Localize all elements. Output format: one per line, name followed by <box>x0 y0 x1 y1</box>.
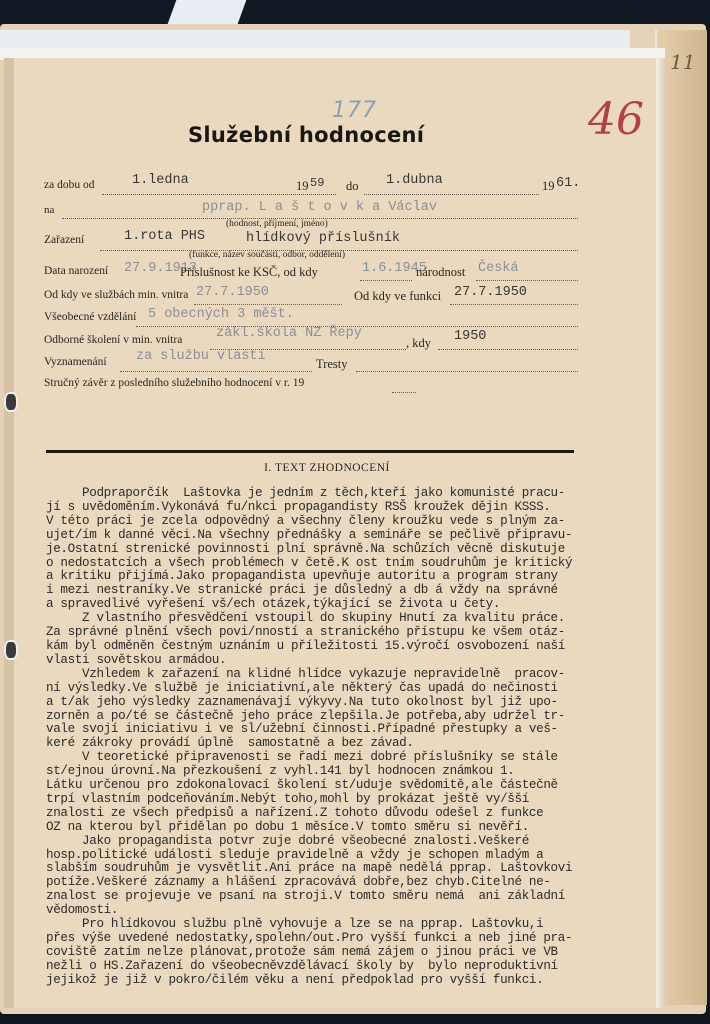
dotted-line <box>364 193 539 195</box>
text-line: Za správné plnění všech povi/nností a st… <box>46 626 636 640</box>
text-line: potíže.Veškeré záznamy a hlášení zpracov… <box>46 876 636 890</box>
text-line: znalosti ze všech předpisů a nařízení.Z … <box>46 807 636 821</box>
text-line: kám byl odměněn čestným uznáním u přílež… <box>46 640 636 654</box>
dotted-line <box>450 303 578 305</box>
text-line: vlasti sovětskou armádou. <box>46 654 636 668</box>
dotted-line <box>356 370 578 372</box>
assignment-hint: (funkce, název součásti, odbor, oddělení… <box>189 250 345 260</box>
training-value: zákl.škola NZ Řepy <box>216 326 362 341</box>
handwritten-page-number: 46 <box>588 94 644 145</box>
training-when-value: 1950 <box>454 329 486 344</box>
folder-handwritten-mark: 11 <box>670 50 695 74</box>
education-label: Všeobecné vzdělání <box>44 311 136 323</box>
text-line: o nedostatcích a všech problémech v četě… <box>46 557 636 571</box>
name-value: pprap. L a š t o v k a Václav <box>202 200 437 215</box>
text-line: znalost se projevuje ve psaní na stroji.… <box>46 890 636 904</box>
text-line: Z vlastního přesvědčení vstoupil do skup… <box>46 612 636 626</box>
awards-value: za službu vlasti <box>136 349 266 364</box>
text-line: nežli o HS.Zařazení do všeobecněvzděláva… <box>46 960 636 974</box>
text-line: Vzhledem k zařazení na klidné hlídce vyk… <box>46 668 636 682</box>
text-line: přes výše uvedené nedostatky,spolehn/out… <box>46 932 636 946</box>
text-line: je.Ostatní strenické povinnosti plní spr… <box>46 543 636 557</box>
birth-label: Data narození <box>44 265 108 277</box>
assignment-label: Zařazení <box>44 234 84 246</box>
year-to-value: 61. <box>556 176 580 191</box>
text-line: a kritiku přijímá.Jako propagandista upe… <box>46 570 636 584</box>
text-line: V této práci je zcela odpovědný a všechn… <box>46 515 636 529</box>
text-line: slabším soudruhům je vysvětlit.Ani práce… <box>46 862 636 876</box>
service-since-label: Od kdy ve službách min. vnitra <box>44 289 188 301</box>
party-label: Příslušnost ke KSČ, od kdy <box>180 265 318 280</box>
text-line: jejikož je již v pokro/čilém věku a není… <box>46 974 636 988</box>
text-line: jí s uvědoměním.Vykonává fu/nkci propaga… <box>46 501 636 515</box>
year-prefix: 19 <box>296 179 309 194</box>
text-line: trpí vlastním podceňováním.Nebýt toho,mo… <box>46 793 636 807</box>
period-label: za dobu od <box>44 179 94 191</box>
service-since-value: 27.7.1950 <box>196 285 269 300</box>
penalties-label: Tresty <box>316 357 348 372</box>
text-line: i mezi nestraníky.Ve stranické práci je … <box>46 584 636 598</box>
function-since-value: 27.7.1950 <box>454 285 527 300</box>
training-when-label: , kdy <box>406 336 431 351</box>
dotted-line <box>438 348 578 350</box>
section-title: I. TEXT ZHODNOCENÍ <box>0 462 654 474</box>
nationality-value: Česká <box>478 261 519 276</box>
text-line: Pro hlídkovou službu plně vyhovuje a lze… <box>46 918 636 932</box>
period-to-value: 1.dubna <box>386 173 443 188</box>
text-line: a t/ak jeho výsledky zaznamenávají výkyv… <box>46 696 636 710</box>
text-line: coviště zatím nelze plánovat,protože sám… <box>46 946 636 960</box>
text-line: V teoretické připravenosti se řadí mezi … <box>46 751 636 765</box>
assignment-role-value: hlídkový příslušník <box>246 231 400 246</box>
text-line: vědomosti. <box>46 904 636 918</box>
dotted-line <box>194 303 342 305</box>
evaluation-text: Podpraporčík Laštovka je jedním z těch,k… <box>46 487 636 988</box>
text-line: zorněn a po/té se částečně jeho práce zl… <box>46 710 636 724</box>
text-line: ujet/ím k danné věci.Na všechny přednášk… <box>46 529 636 543</box>
dotted-line <box>360 279 412 281</box>
text-line: ní výsledky.Ve službě je iniciativní,ale… <box>46 682 636 696</box>
function-since-label: Od kdy ve funkci <box>354 289 441 304</box>
dotted-line <box>476 279 578 281</box>
education-value: 5 obecných 3 měšt. <box>148 307 294 322</box>
text-line: st/ejnou úrovní.Na přezkoušení z vyhl.14… <box>46 765 636 779</box>
year-prefix: 19 <box>542 179 555 194</box>
text-line: vale svojí iniciativu i ve sl/užební čin… <box>46 723 636 737</box>
training-label: Odborné školení v min. vnitra <box>44 334 182 346</box>
period-to-label: do <box>346 179 359 194</box>
assignment-unit-value: 1.rota PHS <box>124 229 205 244</box>
awards-label: Vyznamenání <box>44 356 107 368</box>
punch-hole <box>4 392 18 412</box>
last-eval-label: Stručný závěr z posledního služebního ho… <box>44 377 304 389</box>
document-title: Služební hodnocení <box>188 123 424 147</box>
period-from-value: 1.ledna <box>132 173 189 188</box>
page-edge <box>656 58 666 1008</box>
na-label: na <box>44 204 54 216</box>
dotted-line <box>392 391 416 393</box>
text-line: Jako propagandista potvr zuje dobré všeo… <box>46 835 636 849</box>
year-from-value: 59 <box>310 176 324 190</box>
text-line: Podpraporčík Laštovka je jedním z těch,k… <box>46 487 636 501</box>
name-hint: (hodnost, příjmení, jméno) <box>226 219 328 229</box>
text-line: a spravedlivé vyřešení vš/ech otázek,týk… <box>46 598 636 612</box>
text-line: keré zákroky provádí úplně samostatně a … <box>46 737 636 751</box>
text-line: Látku určenou pro zdokonalovací školení … <box>46 779 636 793</box>
dotted-line <box>120 370 312 372</box>
paper-scrap <box>168 0 247 24</box>
folio-number: 177 <box>332 98 377 123</box>
text-line: hosp.politické události sleduje pravidel… <box>46 849 636 863</box>
nationality-label: národnost <box>416 265 465 280</box>
section-divider <box>46 450 574 453</box>
punch-hole <box>4 640 18 660</box>
text-line: OZ na kterou byl přidělan po dobu 1 měsí… <box>46 821 636 835</box>
